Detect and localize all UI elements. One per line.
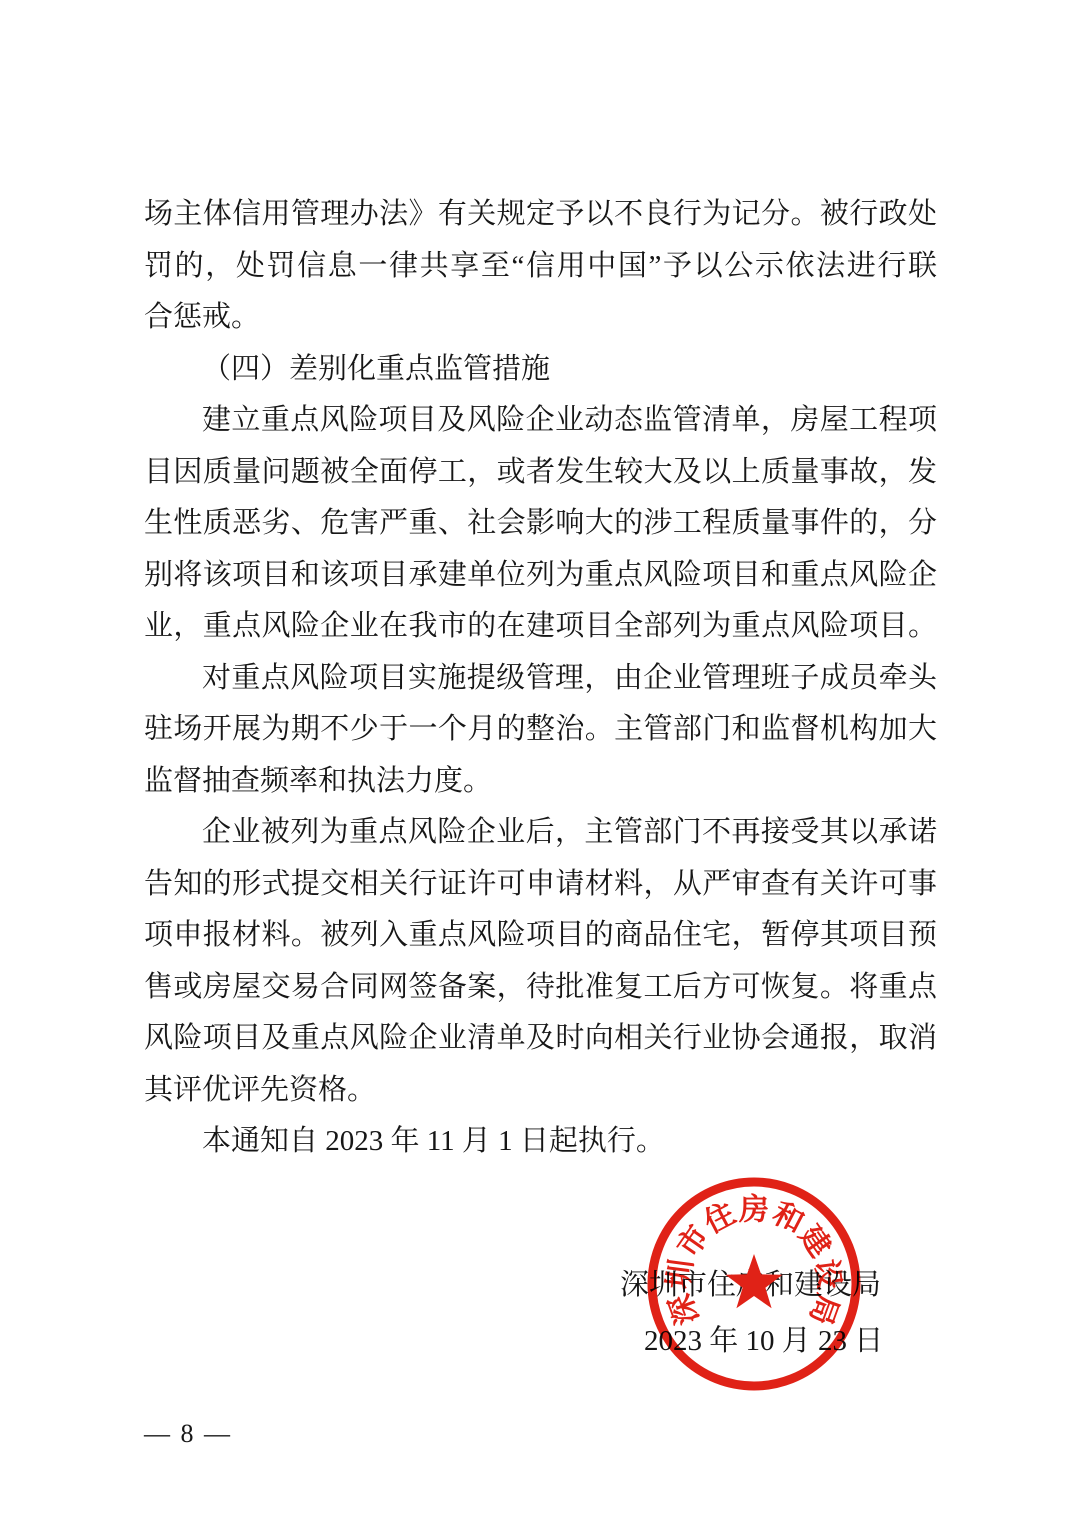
text-line: 售或房屋交易合同网签备案，待批准复工后方可恢复。将重点 <box>144 962 937 1014</box>
text-line: 合惩戒。 <box>144 292 937 344</box>
signature-org: 深圳市住房和建设局 <box>620 1261 881 1309</box>
page-number: — 8 — <box>144 1419 232 1449</box>
effective-date-line: 本通知自 2023 年 11 月 1 日起执行。 <box>144 1116 937 1168</box>
seal-arc-char: 市 <box>671 1220 715 1264</box>
text-line: 对重点风险项目实施提级管理，由企业管理班子成员牵头 <box>144 653 937 705</box>
section-heading: （四）差别化重点监管措施 <box>144 344 937 396</box>
text-line: 其评优评先资格。 <box>144 1065 937 1117</box>
text-line: 驻场开展为期不少于一个月的整治。主管部门和监督机构加大 <box>144 704 937 756</box>
text-line: 风险项目及重点风险企业清单及时向相关行业协会通报，取消 <box>144 1013 937 1065</box>
signature-date: 2023 年 10 月 23 日 <box>644 1317 883 1365</box>
text-line: 企业被列为重点风险企业后，主管部门不再接受其以承诺 <box>144 807 937 859</box>
text-line: 罚的，处罚信息一律共享至“信用中国”予以公示依法进行联 <box>144 241 937 293</box>
text-line: 生性质恶劣、危害严重、社会影响大的涉工程质量事件的，分 <box>144 498 937 550</box>
text-line: 业，重点风险企业在我市的在建项目全部列为重点风险项目。 <box>144 601 937 653</box>
seal-arc-char: 和 <box>767 1197 809 1240</box>
text-line: 告知的形式提交相关行证许可申请材料，从严审查有关许可事 <box>144 859 937 911</box>
text-line: 监督抽查频率和执法力度。 <box>144 756 937 808</box>
seal-arc-char: 住 <box>699 1197 741 1240</box>
text-line: 建立重点风险项目及风险企业动态监管清单，房屋工程项 <box>144 395 937 447</box>
document-body: 场主体信用管理办法》有关规定予以不良行为记分。被行政处 罚的，处罚信息一律共享至… <box>144 189 937 1168</box>
text-line: 别将该项目和该项目承建单位列为重点风险项目和重点风险企 <box>144 550 937 602</box>
text-line: 项申报材料。被列入重点风险项目的商品住宅，暂停其项目预 <box>144 910 937 962</box>
seal-arc-char: 建 <box>792 1220 836 1264</box>
text-line: 目因质量问题被全面停工，或者发生较大及以上质量事故，发 <box>144 447 937 499</box>
document-page: 场主体信用管理办法》有关规定予以不良行为记分。被行政处 罚的，处罚信息一律共享至… <box>0 0 1080 1527</box>
seal-arc-char: 房 <box>738 1193 769 1227</box>
text-line: 场主体信用管理办法》有关规定予以不良行为记分。被行政处 <box>144 189 937 241</box>
